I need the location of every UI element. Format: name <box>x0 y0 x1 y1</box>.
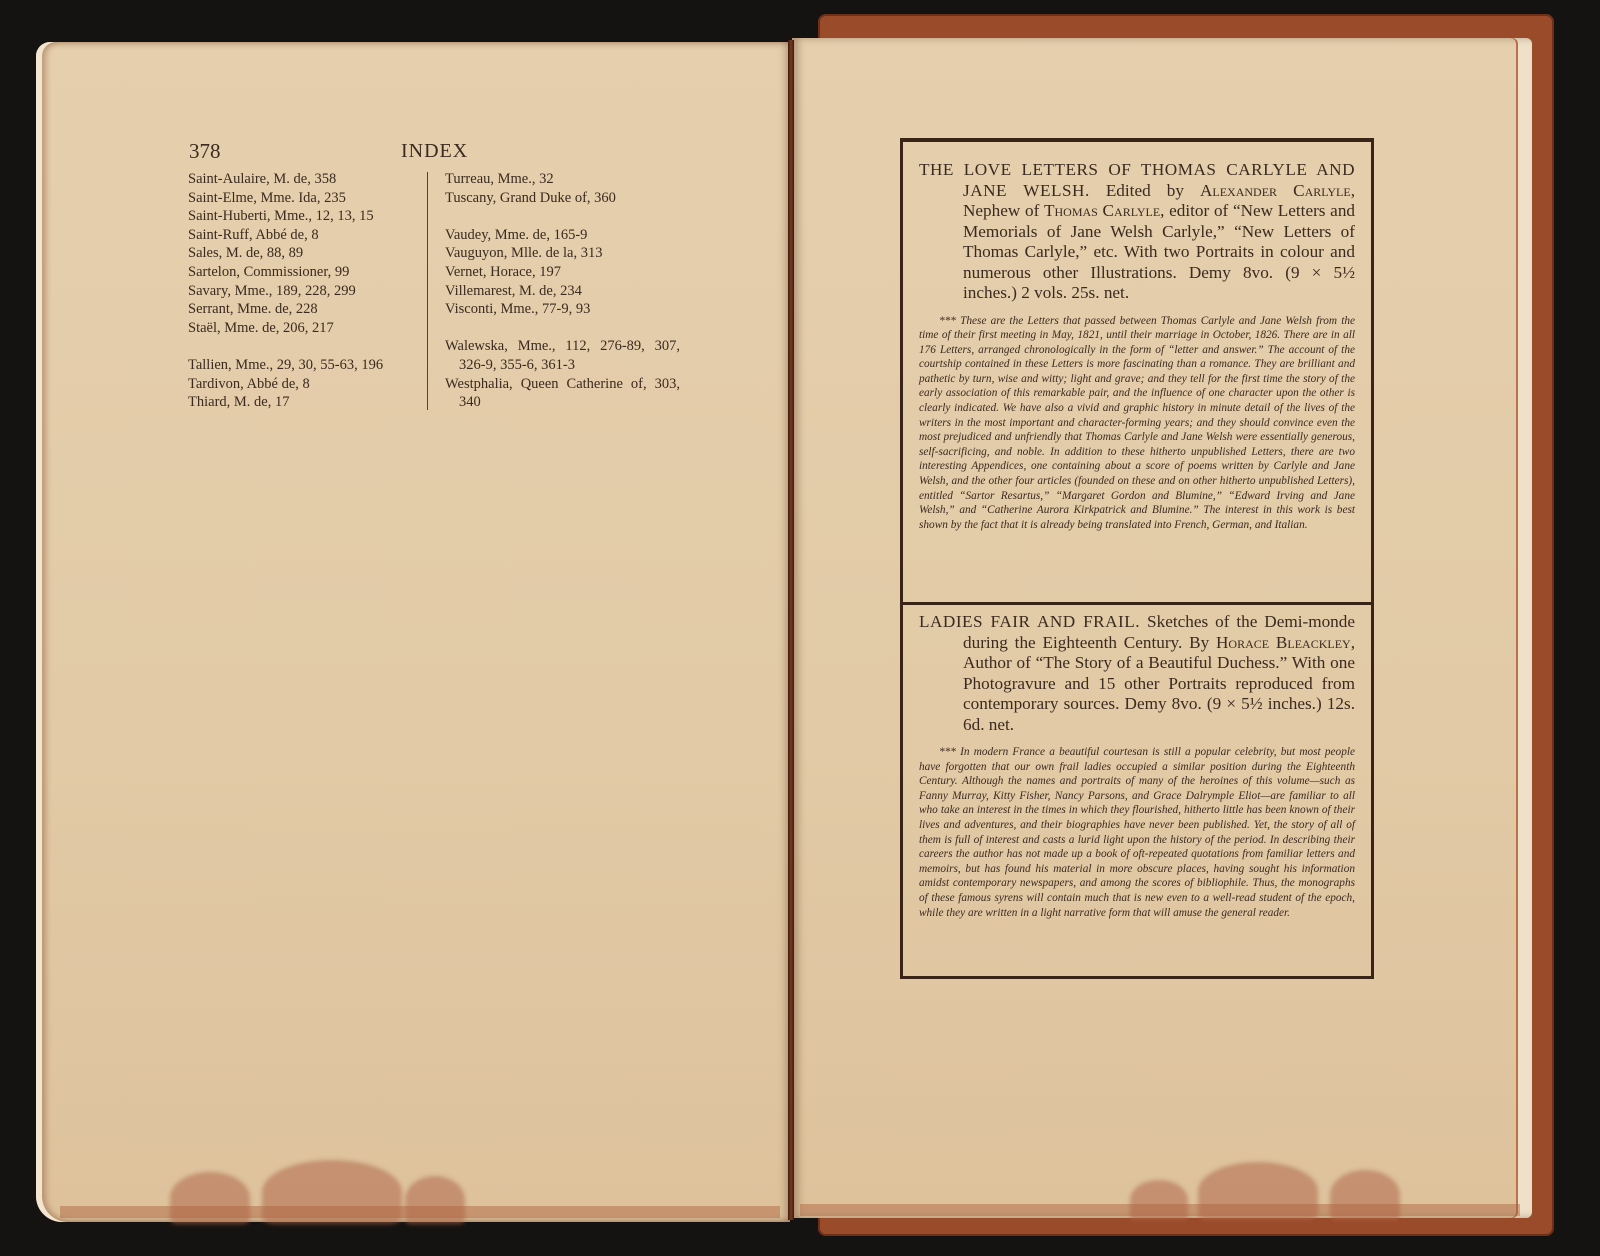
book-title: LADIES FAIR AND FRAIL. <box>919 612 1140 631</box>
index-entry: Saint-Huberti, Mme., 12, 13, 15 <box>188 207 424 226</box>
advertisement-box: THE LOVE LETTERS OF THOMAS CARLYLE AND J… <box>900 138 1374 979</box>
index-entry: Savary, Mme., 189, 228, 299 <box>188 282 424 301</box>
index-gap <box>188 337 424 356</box>
ad-title-block: THE LOVE LETTERS OF THOMAS CARLYLE AND J… <box>919 160 1355 304</box>
index-entry: Staël, Mme. de, 206, 217 <box>188 319 424 338</box>
page-bottom-edge <box>800 1204 1520 1216</box>
index-entry: Sales, M. de, 88, 89 <box>188 244 424 263</box>
column-divider <box>427 172 428 410</box>
book-blurb: *** These are the Letters that passed be… <box>919 314 1355 533</box>
editor-prefix: Edited by <box>1106 181 1184 200</box>
ad-love-letters: THE LOVE LETTERS OF THOMAS CARLYLE AND J… <box>919 160 1355 532</box>
index-gap <box>445 207 680 226</box>
index-entry: Saint-Elme, Mme. Ida, 235 <box>188 189 424 208</box>
page-number: 378 <box>189 139 221 164</box>
index-entry: Vaudey, Mme. de, 165-9 <box>445 226 680 245</box>
ad-title-block: LADIES FAIR AND FRAIL. Sketches of the D… <box>919 612 1355 735</box>
index-entry: Tallien, Mme., 29, 30, 55-63, 196 <box>188 356 424 375</box>
index-entry: Tardivon, Abbé de, 8 <box>188 375 424 394</box>
editor-name: Alexander Carlyle <box>1200 181 1351 200</box>
running-head: INDEX <box>401 140 468 163</box>
index-entry: Serrant, Mme. de, 228 <box>188 300 424 319</box>
index-column-right: Turreau, Mme., 32 Tuscany, Grand Duke of… <box>445 170 680 412</box>
box-divider <box>903 602 1371 605</box>
book-blurb: *** In modern France a beautiful courtes… <box>919 745 1355 920</box>
page-bottom-edge <box>60 1206 780 1218</box>
index-entry: Visconti, Mme., 77-9, 93 <box>445 300 680 319</box>
author-name: Horace Bleackley <box>1216 633 1351 652</box>
index-entry: Villemarest, M. de, 234 <box>445 282 680 301</box>
book-gutter <box>788 40 794 1220</box>
index-column-left: Saint-Aulaire, M. de, 358 Saint-Elme, Mm… <box>188 170 424 412</box>
index-entry: Vauguyon, Mlle. de la, 313 <box>445 244 680 263</box>
index-gap <box>445 319 680 338</box>
index-entry: Turreau, Mme., 32 <box>445 170 680 189</box>
relation-name: Thomas Carlyle <box>1044 201 1160 220</box>
index-entry: Saint-Aulaire, M. de, 358 <box>188 170 424 189</box>
ad-ladies-fair: LADIES FAIR AND FRAIL. Sketches of the D… <box>919 612 1355 920</box>
index-entry: Westphalia, Queen Catherine of, 303, 340 <box>445 375 680 412</box>
index-entry: Thiard, M. de, 17 <box>188 393 424 412</box>
index-entry: Sartelon, Commissioner, 99 <box>188 263 424 282</box>
index-entry: Saint-Ruff, Abbé de, 8 <box>188 226 424 245</box>
index-entry: Tuscany, Grand Duke of, 360 <box>445 189 680 208</box>
index-entry: Vernet, Horace, 197 <box>445 263 680 282</box>
index-entry: Walewska, Mme., 112, 276-89, 307, 326-9,… <box>445 337 680 374</box>
